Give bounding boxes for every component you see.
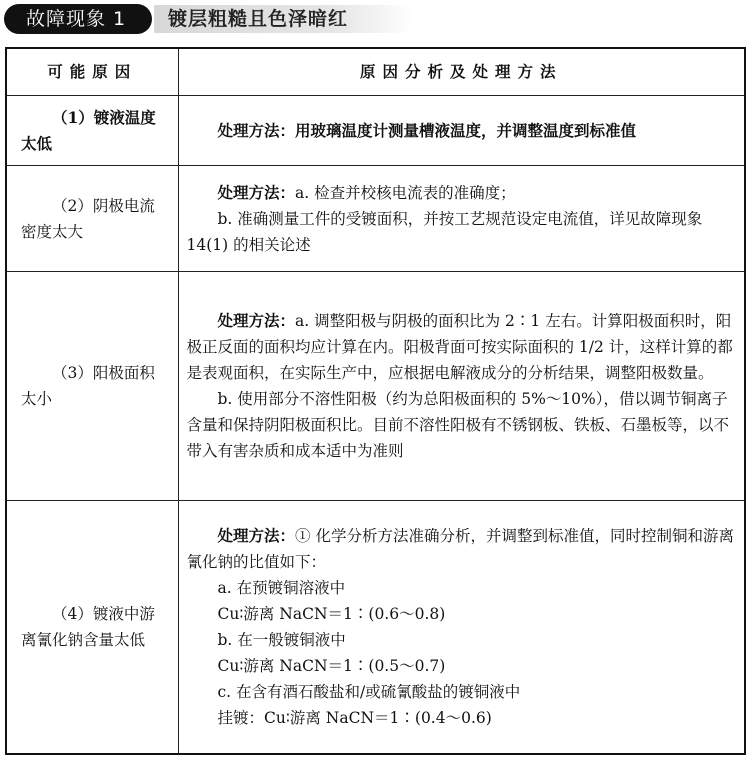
table-row: （3）阳极面积太小 处理方法：a. 调整阳极与阴极的面积比为 2∶1 左右。计算…	[6, 272, 745, 501]
table-row: （4）镀液中游离氰化钠含量太低 处理方法：① 化学分析方法准确分析，并调整到标准…	[6, 501, 745, 755]
analysis-paragraph: 处理方法：a. 检查并校核电流表的准确度；	[187, 180, 735, 206]
cause-text: （1）镀液温度太低	[21, 105, 168, 157]
cause-cell: （3）阳极面积太小	[6, 272, 178, 501]
cause-cell: （2）阴极电流密度太大	[6, 166, 178, 272]
analysis-paragraph: b. 使用部分不溶性阳极（约为总阳极面积的 5%～10%），借以调节铜离子含量和…	[187, 386, 735, 464]
analysis-line: a. 检查并校核电流表的准确度；	[295, 184, 516, 202]
cause-text: （3）阳极面积太小	[21, 360, 168, 412]
method-label: 处理方法：	[218, 121, 296, 140]
cause-cell: （1）镀液温度太低	[6, 96, 178, 166]
header-analysis-method: 原因分析及处理方法	[178, 48, 745, 96]
analysis-cell: 处理方法：a. 检查并校核电流表的准确度； b. 准确测量工件的受镀面积，并按工…	[178, 166, 745, 272]
analysis-cell: 处理方法：用玻璃温度计测量槽液温度，并调整温度到标准值	[178, 96, 745, 166]
analysis-line: a. 在预镀铜溶液中	[187, 575, 735, 601]
cause-text: （4）镀液中游离氰化钠含量太低	[21, 601, 168, 653]
analysis-cell: 处理方法：a. 调整阳极与阴极的面积比为 2∶1 左右。计算阳极面积时，阳极正反…	[178, 272, 745, 501]
method-label: 处理方法：	[218, 526, 296, 545]
ratio-formula: Cu∶游离 NaCN＝1∶(0.5～0.7)	[187, 653, 735, 679]
analysis-line: 用玻璃温度计测量槽液温度，并调整温度到标准值	[295, 121, 636, 140]
cause-cell: （4）镀液中游离氰化钠含量太低	[6, 501, 178, 755]
analysis-line: c. 在含有酒石酸盐和/或硫氰酸盐的镀铜液中	[187, 679, 735, 705]
analysis-cell: 处理方法：① 化学分析方法准确分析，并调整到标准值，同时控制铜和游离氰化钠的比值…	[178, 501, 745, 755]
fault-number-badge: 故障现象 1	[4, 4, 152, 34]
table-header-row: 可能原因 原因分析及处理方法	[6, 48, 745, 96]
header-possible-cause: 可能原因	[6, 48, 178, 96]
fault-title-bar: 故障现象 1 镀层粗糙且色泽暗红	[4, 4, 744, 36]
method-label: 处理方法：	[218, 183, 296, 202]
analysis-line: b. 在一般镀铜液中	[187, 627, 735, 653]
analysis-paragraph: b. 准确测量工件的受镀面积，并按工艺规范设定电流值，详见故障现象 14(1) …	[187, 206, 735, 258]
analysis-paragraph: 处理方法：a. 调整阳极与阴极的面积比为 2∶1 左右。计算阳极面积时，阳极正反…	[187, 308, 735, 386]
method-label: 处理方法：	[218, 311, 296, 330]
table-row: （2）阴极电流密度太大 处理方法：a. 检查并校核电流表的准确度； b. 准确测…	[6, 166, 745, 272]
ratio-formula: 挂镀：Cu∶游离 NaCN＝1∶(0.4～0.6)	[187, 705, 735, 731]
table-row: （1）镀液温度太低 处理方法：用玻璃温度计测量槽液温度，并调整温度到标准值	[6, 96, 745, 166]
fault-description: 镀层粗糙且色泽暗红	[154, 5, 414, 33]
cause-text: （2）阴极电流密度太大	[21, 193, 168, 245]
ratio-formula: Cu∶游离 NaCN＝1∶(0.6～0.8)	[187, 601, 735, 627]
fault-analysis-table: 可能原因 原因分析及处理方法 （1）镀液温度太低 处理方法：用玻璃温度计测量槽液…	[5, 47, 746, 755]
analysis-paragraph: 处理方法：用玻璃温度计测量槽液温度，并调整温度到标准值	[187, 118, 735, 144]
analysis-paragraph: 处理方法：① 化学分析方法准确分析，并调整到标准值，同时控制铜和游离氰化钠的比值…	[187, 523, 735, 575]
